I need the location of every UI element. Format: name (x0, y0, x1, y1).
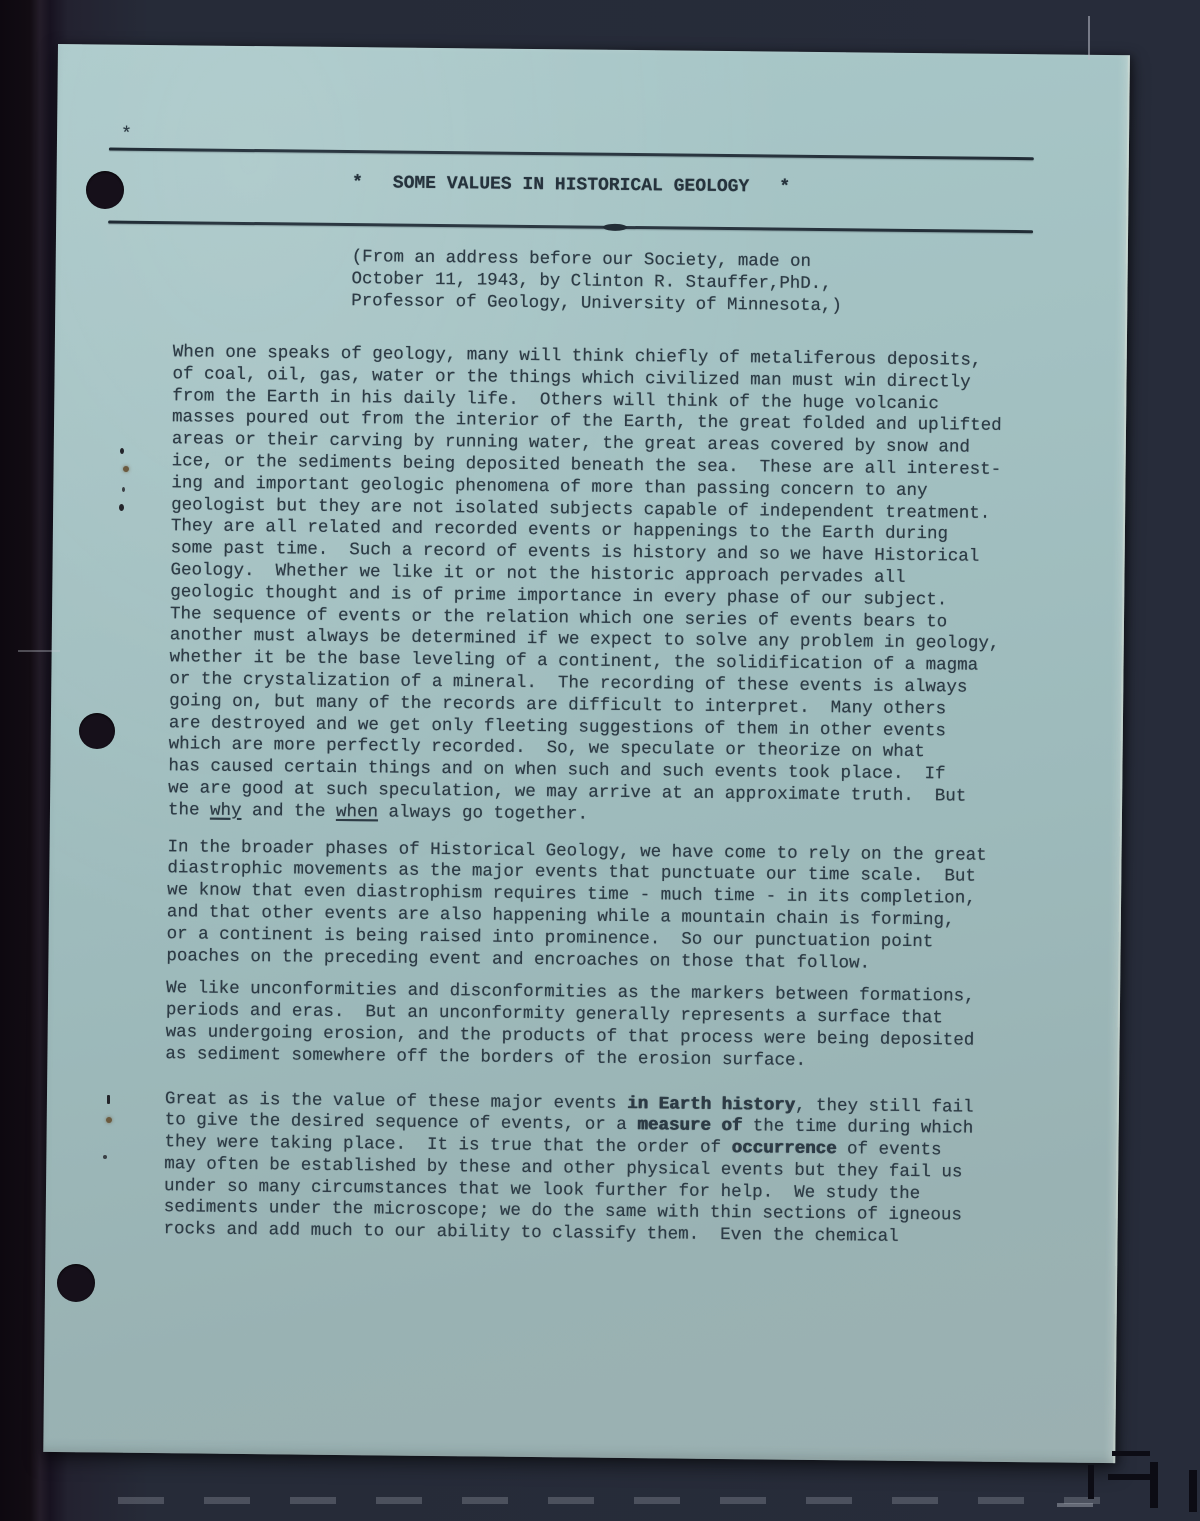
title-asterisk-right: * (779, 178, 790, 198)
scratch-mark (1088, 16, 1090, 60)
title-asterisk-left: * (352, 173, 363, 193)
registration-mark (1112, 1451, 1150, 1456)
paper-sheet: * * SOME VALUES IN HISTORICAL GEOLOGY * … (43, 44, 1130, 1463)
perforation-dash (1057, 1503, 1093, 1507)
header-rule-bottom (108, 221, 1033, 234)
attribution-block: (From an address before our Society, mad… (351, 247, 842, 318)
page-title: SOME VALUES IN HISTORICAL GEOLOGY (393, 174, 750, 198)
typed-body: When one speaks of geology, many will th… (163, 342, 1052, 1250)
header-rule-top (109, 148, 1034, 161)
corner-asterisk-mark: * (121, 125, 132, 145)
paragraph: Great as is the value of these major eve… (163, 1089, 1045, 1251)
registration-mark (1088, 1465, 1094, 1499)
registration-mark (1150, 1462, 1158, 1508)
perforation-strip (100, 1497, 1100, 1504)
ink-speck (119, 504, 124, 511)
paragraph: When one speaks of geology, many will th… (168, 342, 1053, 831)
page-title-row: * SOME VALUES IN HISTORICAL GEOLOGY * (108, 171, 1033, 201)
paragraph: In the broader phases of Historical Geol… (166, 837, 1047, 977)
ink-speck (107, 1095, 110, 1104)
ink-blob (603, 224, 627, 231)
rust-speck (123, 466, 129, 472)
ink-speck (120, 448, 124, 454)
registration-mark (1189, 1470, 1197, 1512)
punch-hole-middle (79, 713, 115, 749)
rust-speck (106, 1117, 112, 1123)
scratch-mark (18, 650, 60, 652)
scanned-document-page: { "colors": { "paper": "#a1bec0", "backg… (0, 0, 1200, 1521)
attribution-line: Professor of Geology, University of Minn… (351, 291, 842, 318)
punch-hole-bottom (57, 1264, 95, 1302)
punch-hole-top (86, 171, 124, 209)
registration-mark (1108, 1474, 1152, 1480)
ink-speck (122, 487, 125, 492)
ink-speck (103, 1155, 107, 1159)
paragraph: We like unconformities and disconformiti… (165, 978, 1046, 1074)
